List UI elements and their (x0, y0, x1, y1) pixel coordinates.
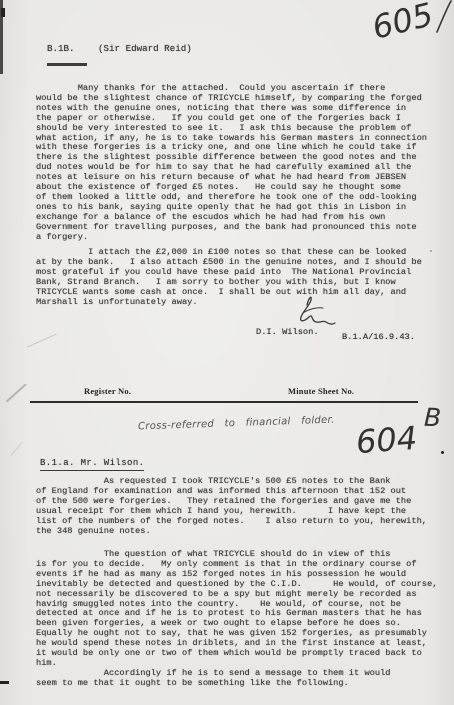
heading-underline (47, 63, 87, 66)
memo1-paragraph-1: Many thanks for the attached. Could you … (36, 84, 450, 243)
memo1-signature-ref: B.1.A/16.9.43. (342, 332, 415, 343)
pen-dot (441, 451, 444, 454)
memo1-paragraph-2: I attach the £2,000 in £100 notes so tha… (36, 248, 450, 307)
memo2-paragraph-1: As requested I took TRICYCLE's 500 £5 no… (36, 477, 450, 536)
memo2-paragraph-3: Accordingly if he is to send a message t… (36, 669, 450, 689)
memo2-heading: B.1.a. Mr. Wilson. (40, 458, 144, 471)
pencil-slash-3 (11, 441, 23, 456)
minute-sheet-no-label: Minute Sheet No. (288, 386, 354, 396)
scan-left-dash (0, 681, 9, 684)
memo1-addressee-ref: B.1B. (47, 43, 75, 54)
pen-flourish-icon (434, 0, 454, 34)
memo1-signature-name: D.I. Wilson. (256, 327, 319, 338)
memo2-paragraph-2: The question of what TRICYCLE should do … (36, 550, 450, 669)
handwritten-page-number-604: 604 (355, 419, 419, 461)
pencil-slash-1 (6, 383, 26, 402)
scan-edge-dot (1, 8, 5, 17)
register-no-label: Register No. (84, 386, 131, 396)
handwritten-letter-b: B (423, 403, 441, 433)
scanned-minute-sheet: 605 B.1B. (Sir Edward Reid) Many thanks … (0, 0, 454, 705)
handwritten-cross-reference: Cross-referred to financial folder. (138, 415, 335, 433)
handwritten-page-number-605: 605 (368, 0, 436, 47)
memo1-addressee-name: (Sir Edward Reid) (98, 43, 192, 54)
pencil-slash-2 (27, 334, 57, 348)
form-divider-rule (30, 401, 418, 403)
